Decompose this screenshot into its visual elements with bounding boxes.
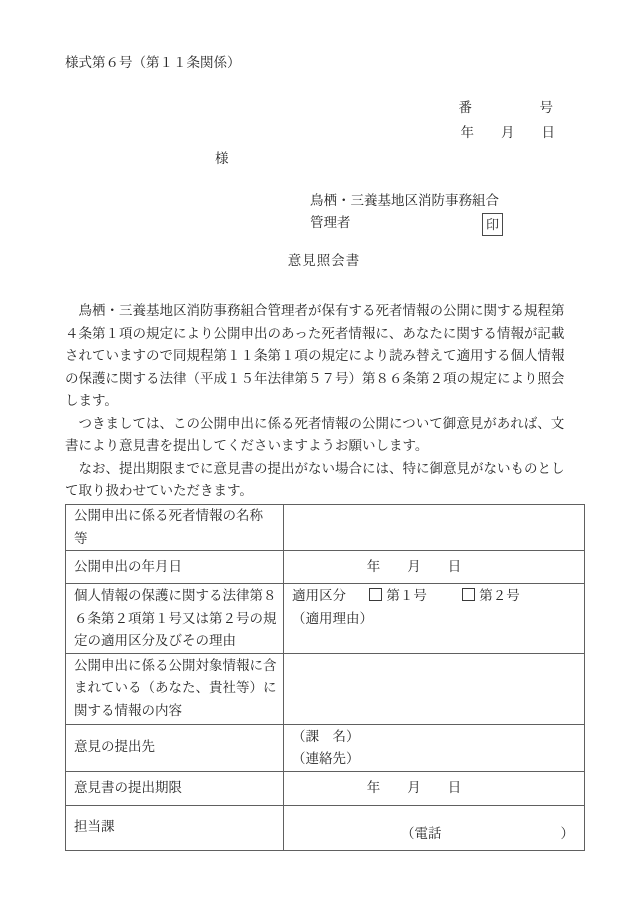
phone-line: （電話 ） <box>292 823 576 846</box>
contact-label: （連絡先） <box>292 748 576 771</box>
label-line: 個人情報の保護に関する法律第８ <box>74 585 275 608</box>
option-no2: 第２号 <box>462 588 520 603</box>
document-title: 意見照会書 <box>0 254 630 268</box>
row-label-info-name: 公開申出に係る死者情報の名称等 <box>66 505 284 551</box>
body-line: します。 <box>65 390 575 413</box>
form-number: 様式第６号（第１１条関係） <box>65 56 241 70</box>
option-no2-label: 第２号 <box>479 588 520 603</box>
document-page: 様式第６号（第１１条関係） 番 号 年 月 日 様 鳥栖・三養基地区消防事務組合… <box>0 0 630 903</box>
option-no1-label: 第１号 <box>386 588 427 603</box>
row-label-apply-category: 個人情報の保護に関する法律第８ ６条第２項第１号又は第２号の規 定の適用区分及び… <box>66 584 284 654</box>
row-value-apply-category: 適用区分 第１号 第２号 （適用理由） <box>284 584 585 654</box>
table-row-request-date: 公開申出の年月日 年 月 日 <box>66 551 585 584</box>
row-value-info-name <box>284 505 585 551</box>
row-label-submit-to: 意見の提出先 <box>66 724 284 771</box>
table-row-submit-to: 意見の提出先 （課 名） （連絡先） <box>66 724 585 771</box>
table-row-apply-category: 個人情報の保護に関する法律第８ ６条第２項第１号又は第２号の規 定の適用区分及び… <box>66 584 585 654</box>
row-value-deadline: 年 月 日 <box>284 771 585 805</box>
issuer-organization: 鳥栖・三養基地区消防事務組合 <box>310 194 499 208</box>
doc-number-line: 番 号 <box>459 101 554 115</box>
body-text: 鳥栖・三養基地区消防事務組合管理者が保有する死者情報の公開に関する規程第 ４条第… <box>65 300 575 503</box>
apply-category-label: 適用区分 <box>292 588 346 603</box>
section-name-label: （課 名） <box>292 726 576 749</box>
row-label-deadline: 意見書の提出期限 <box>66 771 284 805</box>
body-line: て取り扱わせていただきます。 <box>65 480 575 503</box>
body-line: なお、提出期限までに意見書の提出がない場合には、特に御意見がないものとし <box>65 458 575 481</box>
row-label-target-info: 公開申出に係る公開対象情報に含 まれている（あなた、貴社等）に 関する情報の内容 <box>66 653 284 724</box>
body-line: されていますので同規程第１１条第１項の規定により読み替えて適用する個人情報 <box>65 345 575 368</box>
inquiry-table: 公開申出に係る死者情報の名称等 公開申出の年月日 年 月 日 個人情報の保護に関… <box>65 504 585 851</box>
label-line: ６条第２項第１号又は第２号の規 <box>74 608 275 631</box>
label-line: 関する情報の内容 <box>74 700 275 723</box>
body-line: つきましては、この公開申出に係る死者情報の公開について御意見があれば、文 <box>65 413 575 436</box>
issue-date-line: 年 月 日 <box>461 126 556 140</box>
label-line: まれている（あなた、貴社等）に <box>74 677 275 700</box>
body-line: 鳥栖・三養基地区消防事務組合管理者が保有する死者情報の公開に関する規程第 <box>65 300 575 323</box>
issuer-title: 管理者 <box>310 216 351 230</box>
row-value-submit-to: （課 名） （連絡先） <box>284 724 585 771</box>
table-row-department: 担当課 （電話 ） <box>66 805 585 850</box>
checkbox-no2-icon[interactable] <box>462 588 475 601</box>
label-line: 定の適用区分及びその理由 <box>74 630 275 653</box>
row-value-request-date: 年 月 日 <box>284 551 585 584</box>
body-line: ４条第１項の規定により公開申出のあった死者情報に、あなたに関する情報が記載 <box>65 323 575 346</box>
option-no1: 第１号 <box>369 588 427 603</box>
row-label-request-date: 公開申出の年月日 <box>66 551 284 584</box>
addressee-suffix: 様 <box>215 152 229 166</box>
row-value-department: （電話 ） <box>284 805 585 850</box>
row-label-department: 担当課 <box>66 805 284 850</box>
phone-open-label: （電話 <box>401 823 442 846</box>
table-row-info-name: 公開申出に係る死者情報の名称等 <box>66 505 585 551</box>
body-line: の保護に関する法律（平成１５年法律第５７号）第８６条第２項の規定により照会 <box>65 368 575 391</box>
checkbox-no1-icon[interactable] <box>369 588 382 601</box>
phone-close-label: ） <box>561 823 575 846</box>
apply-reason-label: （適用理由） <box>292 608 576 631</box>
label-line: 公開申出に係る公開対象情報に含 <box>74 655 275 678</box>
seal-box: 印 <box>482 213 503 236</box>
table-row-target-info: 公開申出に係る公開対象情報に含 まれている（あなた、貴社等）に 関する情報の内容 <box>66 653 585 724</box>
row-value-target-info <box>284 653 585 724</box>
body-line: 書により意見書を提出してくださいますようお願いします。 <box>65 435 575 458</box>
table-row-deadline: 意見書の提出期限 年 月 日 <box>66 771 585 805</box>
